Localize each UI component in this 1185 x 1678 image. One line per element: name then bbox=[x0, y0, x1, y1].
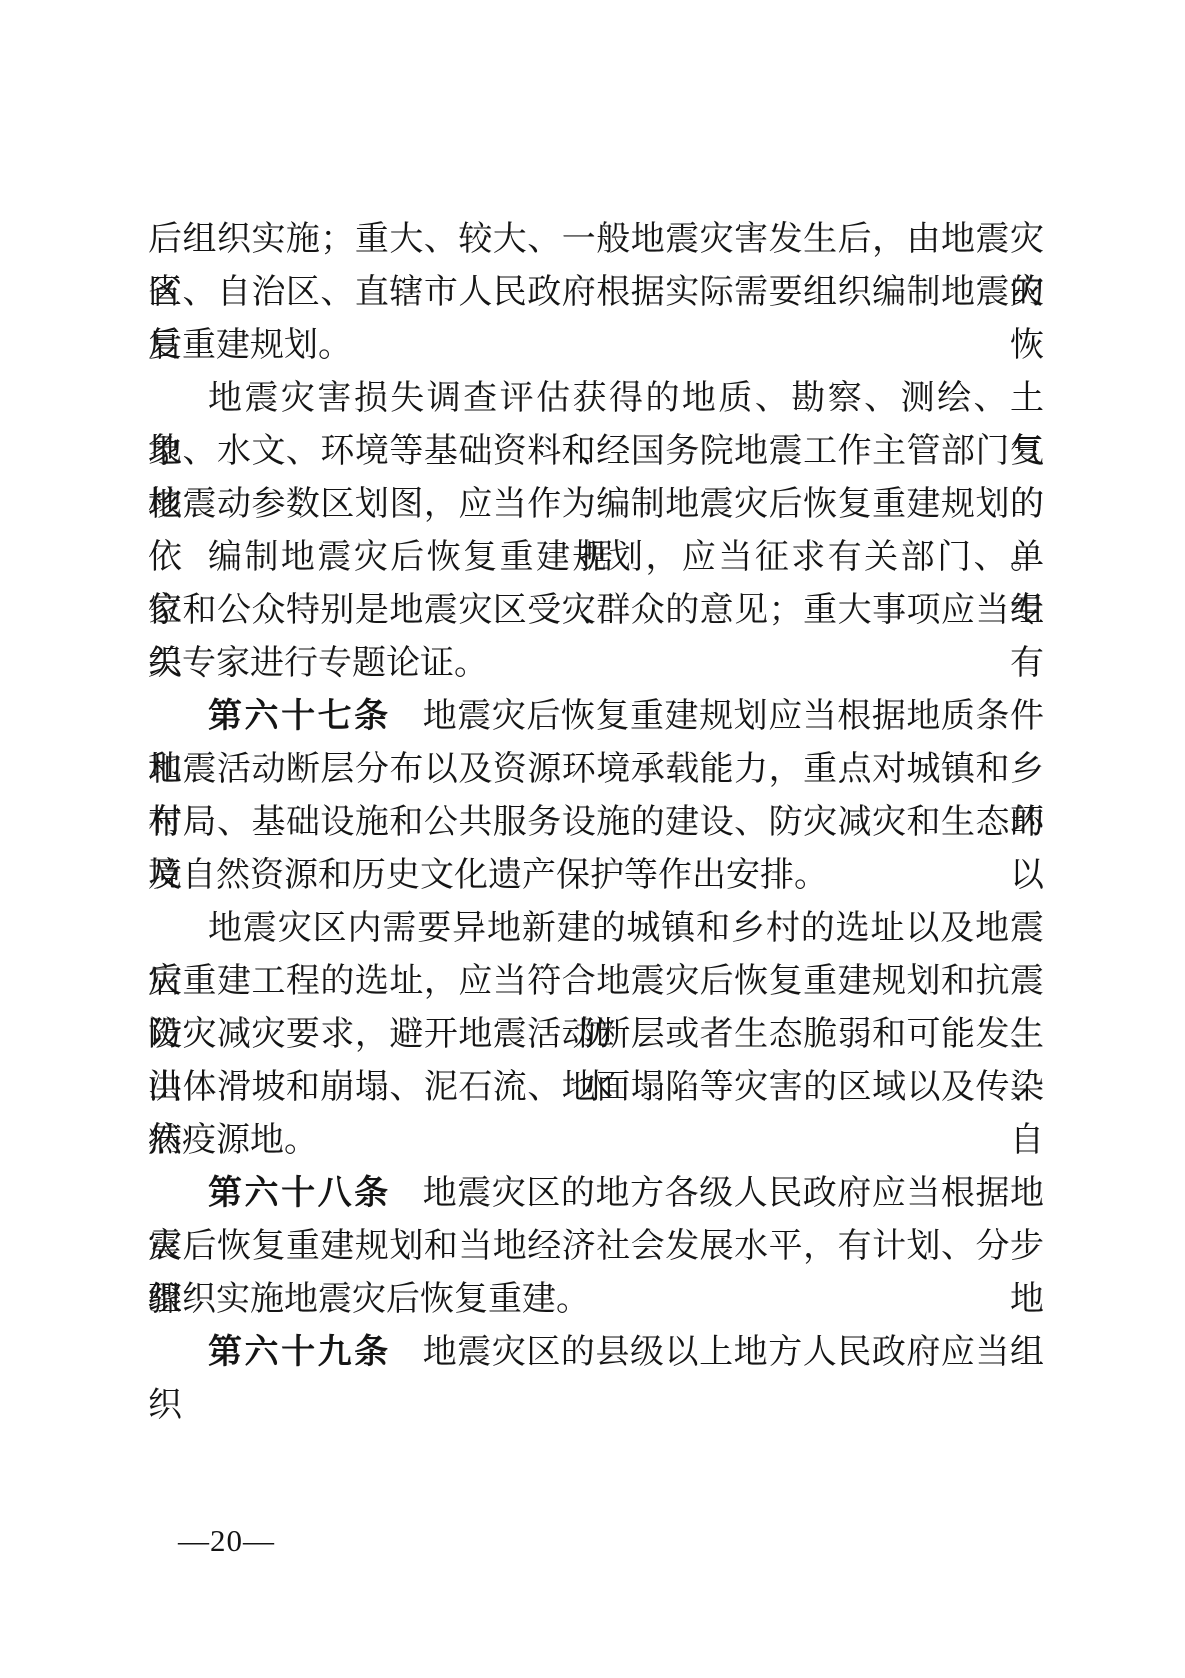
text-line: 灾后恢复重建规划和当地经济社会发展水平，有计划、分步骤地 bbox=[148, 1220, 1044, 1273]
text-line: 省、自治区、直辖市人民政府根据实际需要组织编制地震灾后恢 bbox=[148, 266, 1044, 319]
article-number-69: 第六十九条 bbox=[208, 1333, 391, 1371]
text-line: 地震动参数区划图，应当作为编制地震灾后恢复重建规划的依据。 bbox=[148, 478, 1044, 531]
article-number-68: 第六十八条 bbox=[208, 1174, 391, 1212]
text-line-article-68: 第六十八条地震灾区的地方各级人民政府应当根据地震 bbox=[148, 1167, 1044, 1220]
text-line: 地震灾害损失调查评估获得的地质、勘察、测绘、土地、气 bbox=[148, 372, 1044, 425]
text-line: 家和公众特别是地震灾区受灾群众的意见；重大事项应当组织有 bbox=[148, 584, 1044, 637]
text-line: 象、水文、环境等基础资料和经国务院地震工作主管部门复核的 bbox=[148, 425, 1044, 478]
text-line: 地震灾区内需要异地新建的城镇和乡村的选址以及地震灾 bbox=[148, 902, 1044, 955]
text-line-article-67: 第六十七条地震灾后恢复重建规划应当根据地质条件和 bbox=[148, 690, 1044, 743]
text-line: 后重建工程的选址，应当符合地震灾后恢复重建规划和抗震设防、 bbox=[148, 955, 1044, 1008]
document-page: 后组织实施；重大、较大、一般地震灾害发生后，由地震灾区的 省、自治区、直辖市人民… bbox=[0, 0, 1185, 1678]
text-line: 山体滑坡和崩塌、泥石流、地面塌陷等灾害的区域以及传染病自 bbox=[148, 1061, 1044, 1114]
text-line: 地震活动断层分布以及资源环境承载能力，重点对城镇和乡村的 bbox=[148, 743, 1044, 796]
document-text: 后组织实施；重大、较大、一般地震灾害发生后，由地震灾区的 省、自治区、直辖市人民… bbox=[148, 213, 1044, 1379]
page-number: —20— bbox=[178, 1521, 275, 1561]
text-line-article-69: 第六十九条地震灾区的县级以上地方人民政府应当组织 bbox=[148, 1326, 1044, 1379]
text-line: 防灾减灾要求，避开地震活动断层或者生态脆弱和可能发生洪水、 bbox=[148, 1008, 1044, 1061]
text-line: 布局、基础设施和公共服务设施的建设、防灾减灾和生态环境以 bbox=[148, 796, 1044, 849]
text-line: 编制地震灾后恢复重建规划，应当征求有关部门、单位、专 bbox=[148, 531, 1044, 584]
text-line: 后组织实施；重大、较大、一般地震灾害发生后，由地震灾区的 bbox=[148, 213, 1044, 266]
article-number-67: 第六十七条 bbox=[208, 697, 391, 735]
